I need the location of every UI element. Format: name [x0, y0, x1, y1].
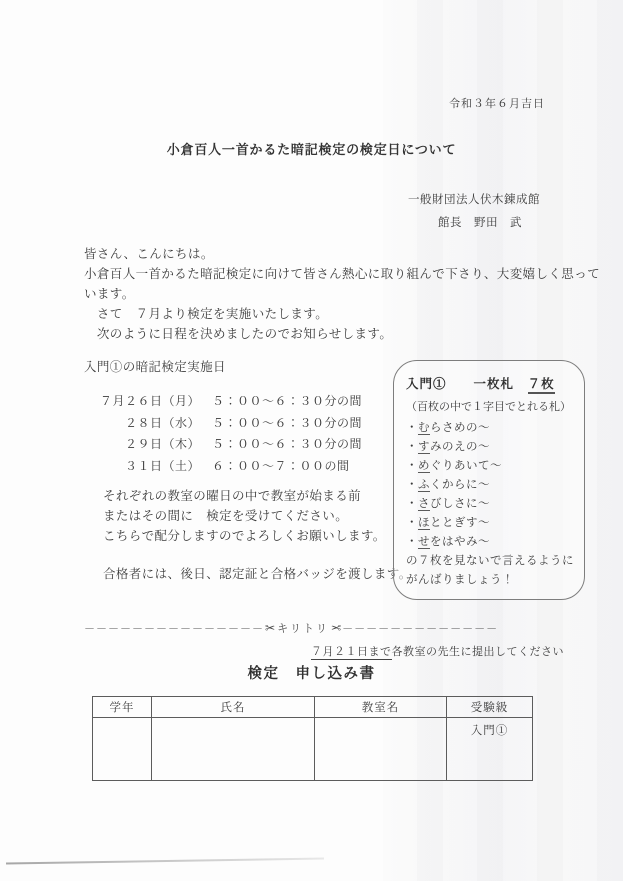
- info-box-footer: の７枚を見ないで言えるように がんばりましょう！: [406, 552, 576, 590]
- scissors-icon: ✂: [265, 621, 275, 635]
- card-list-item: ・めぐりあいて～: [406, 457, 576, 476]
- greeting-line: います。: [84, 284, 600, 304]
- cell-exam-level: 入門①: [447, 718, 533, 781]
- schedule-heading: 入門①の暗記検定実施日: [84, 357, 226, 375]
- cut-here-line: －－－－－－－－－－－－－－－✂キリトリ✂－－－－－－－－－－－－－: [84, 620, 552, 636]
- info-box-count: ７枚: [528, 377, 555, 394]
- header-grade: 学年: [93, 697, 152, 718]
- application-form-table: 学年 氏名 教室名 受験級 入門①: [92, 696, 533, 781]
- schedule-date: ７月２６日（月）: [100, 391, 212, 413]
- bullet: ・: [406, 441, 418, 453]
- cell-classroom: [315, 718, 447, 781]
- card-list-item: ・むらさめの～: [406, 419, 576, 438]
- card-list: ・むらさめの～ ・すみのえの～ ・めぐりあいて～ ・ふくからに～ ・さびしさに～…: [406, 419, 576, 552]
- info-box-subtitle: （百枚の中で１字目でとれる札）: [406, 398, 576, 414]
- greeting-line: 小倉百人一首かるた暗記検定に向けて皆さん熱心に取り組んで下さり、大変嬉しく思って: [84, 264, 600, 284]
- scissors-icon: ✂: [331, 621, 341, 635]
- table-row: 入門①: [93, 718, 533, 781]
- table-header-row: 学年 氏名 教室名 受験級: [93, 697, 533, 718]
- schedule-row: ３１日（土） ６：００～７：００の間: [100, 456, 362, 478]
- card-list-item: ・せをはやみ～: [406, 533, 576, 552]
- header-classroom: 教室名: [315, 697, 447, 718]
- info-box-mid: 一枚札: [474, 377, 515, 391]
- document-date: 令和３年６月吉日: [0, 95, 545, 111]
- instruction-line: それぞれの教室の曜日の中で教室が始まる前: [103, 486, 386, 506]
- instructions-paragraph: それぞれの教室の曜日の中で教室が始まる前 またはその間に 検定を受けてください。…: [103, 486, 386, 546]
- cell-grade: [93, 718, 152, 781]
- bullet: ・: [406, 422, 418, 434]
- card-list-box: 入門① 一枚札 ７枚 （百枚の中で１字目でとれる札） ・むらさめの～ ・すみのえ…: [393, 360, 585, 600]
- header-name: 氏名: [152, 697, 315, 718]
- card-list-item: ・すみのえの～: [406, 438, 576, 457]
- sender-person: 館長 野田 武: [438, 214, 522, 230]
- bullet: ・: [406, 517, 418, 529]
- schedule-date: ３１日（土）: [100, 456, 212, 478]
- deadline-rest: 各教室の先生に提出してください: [392, 646, 565, 658]
- schedule-row: ７月２６日（月） ５：００～６：３０分の間: [100, 391, 362, 413]
- scanned-letter-page: 令和３年６月吉日 小倉百人一首かるた暗記検定の検定日について 一般財団法人伏木錬…: [0, 0, 623, 881]
- info-box-title: 入門① 一枚札 ７枚: [406, 374, 576, 392]
- bullet: ・: [406, 536, 418, 548]
- greeting-paragraph: 皆さん、こんにちは。 小倉百人一首かるた暗記検定に向けて皆さん熱心に取り組んで下…: [84, 244, 600, 344]
- schedule-row: ２８日（水） ５：００～６：３０分の間: [100, 413, 362, 435]
- schedule-date: ２９日（木）: [100, 434, 212, 456]
- bullet: ・: [406, 479, 418, 491]
- cut-label: キリトリ: [277, 620, 329, 636]
- card-list-item: ・ほととぎす～: [406, 514, 576, 533]
- instruction-line: こちらで配分しますのでよろしくお願いします。: [103, 526, 386, 546]
- card-list-item: ・ふくからに～: [406, 476, 576, 495]
- cut-dashes-right: －－－－－－－－－－－－－: [342, 620, 498, 636]
- schedule-time: ５：００～６：３０分の間: [212, 434, 362, 456]
- submission-deadline-note: ７月２１日まで各教室の先生に提出してください: [311, 643, 564, 659]
- instruction-line: またはその間に 検定を受けてください。: [103, 506, 386, 526]
- info-box-level: 入門①: [406, 377, 447, 391]
- schedule-date: ２８日（水）: [100, 413, 212, 435]
- award-note: 合格者には、後日、認定証と合格バッジを渡します。: [103, 564, 412, 582]
- schedule-time: ５：００～６：３０分の間: [212, 413, 362, 435]
- sender-organization: 一般財団法人伏木錬成館: [408, 191, 540, 207]
- greeting-line: さて ７月より検定を実施いたします。: [84, 304, 600, 324]
- greeting-line: 皆さん、こんにちは。: [84, 244, 600, 264]
- greeting-line: 次のように日程を決めましたのでお知らせします。: [84, 324, 600, 344]
- bullet: ・: [406, 498, 418, 510]
- header-exam-level: 受験級: [447, 697, 533, 718]
- schedule-list: ７月２６日（月） ５：００～６：３０分の間 ２８日（水） ５：００～６：３０分の…: [100, 391, 362, 477]
- schedule-time: ６：００～７：００の間: [212, 456, 350, 478]
- card-list-item: ・さびしさに～: [406, 495, 576, 514]
- schedule-time: ５：００～６：３０分の間: [212, 391, 362, 413]
- application-form-title: 検定 申し込み書: [0, 662, 623, 683]
- cell-name: [152, 718, 315, 781]
- cut-dashes-left: －－－－－－－－－－－－－－－: [84, 620, 264, 636]
- scan-edge-artifact: [6, 858, 324, 865]
- bullet: ・: [406, 460, 418, 472]
- document-title: 小倉百人一首かるた暗記検定の検定日について: [0, 139, 623, 158]
- schedule-row: ２９日（木） ５：００～６：３０分の間: [100, 434, 362, 456]
- deadline-text: ７月２１日まで: [311, 646, 392, 660]
